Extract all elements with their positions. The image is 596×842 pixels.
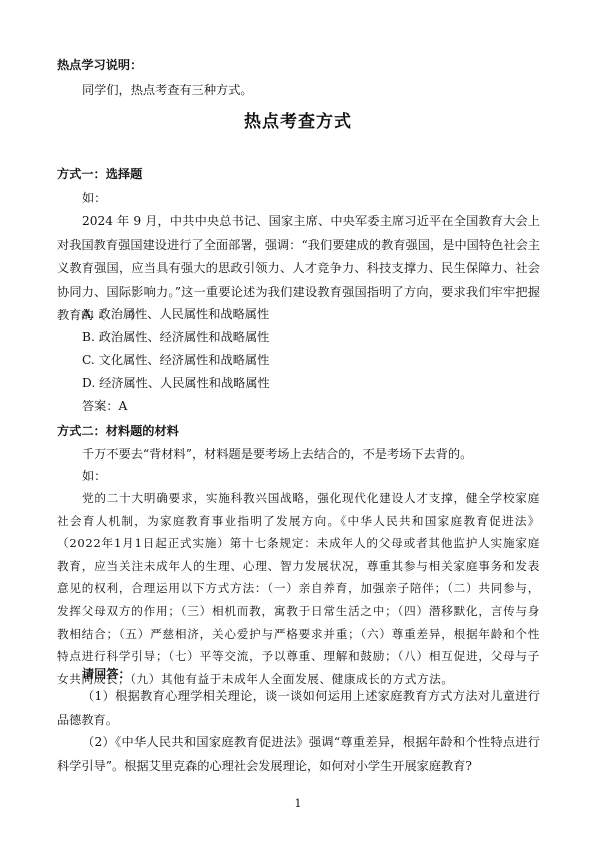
page-title: 热点考查方式 <box>0 107 596 132</box>
method1-example-label: 如： <box>82 188 106 208</box>
option-d: D. 经济属性、人民属性和战略属性 <box>82 373 270 393</box>
intro-heading: 热点学习说明： <box>57 55 142 75</box>
method2-tip: 千万不要去“背材料”，材料题是要考场上去结合的，不是考场下去背的。 <box>82 444 472 464</box>
question-2: （2）《中华人民共和国家庭教育促进法》强调“尊重差异，根据年龄和个性特点进行科学… <box>57 731 540 778</box>
option-c: C. 文化属性、经济属性和战略属性 <box>82 350 269 370</box>
document-page: 热点学习说明： 同学们，热点考查有三种方式。 热点考查方式 方式一：选择题 如：… <box>0 0 596 842</box>
method2-material: 党的二十大明确要求，实施科教兴国战略，强化现代化建设人才支撑，健全学校家庭社会育… <box>57 487 540 690</box>
page-number: 1 <box>0 797 596 810</box>
method2-prompt: 请回答： <box>82 664 131 684</box>
question-1: （1）根据教育心理学相关理论，谈一谈如何运用上述家庭教育方式方法对儿童进行品德教… <box>57 685 540 732</box>
option-a: A. 政治属性、人民属性和战略属性 <box>82 304 269 324</box>
method2-heading: 方式二：材料题的材料 <box>57 421 179 441</box>
answer: 答案：A <box>82 396 127 416</box>
method1-heading: 方式一：选择题 <box>57 164 142 184</box>
intro-text: 同学们，热点考查有三种方式。 <box>82 80 253 100</box>
option-b: B. 政治属性、经济属性和战略属性 <box>82 327 269 347</box>
method2-example-label: 如： <box>82 466 106 486</box>
